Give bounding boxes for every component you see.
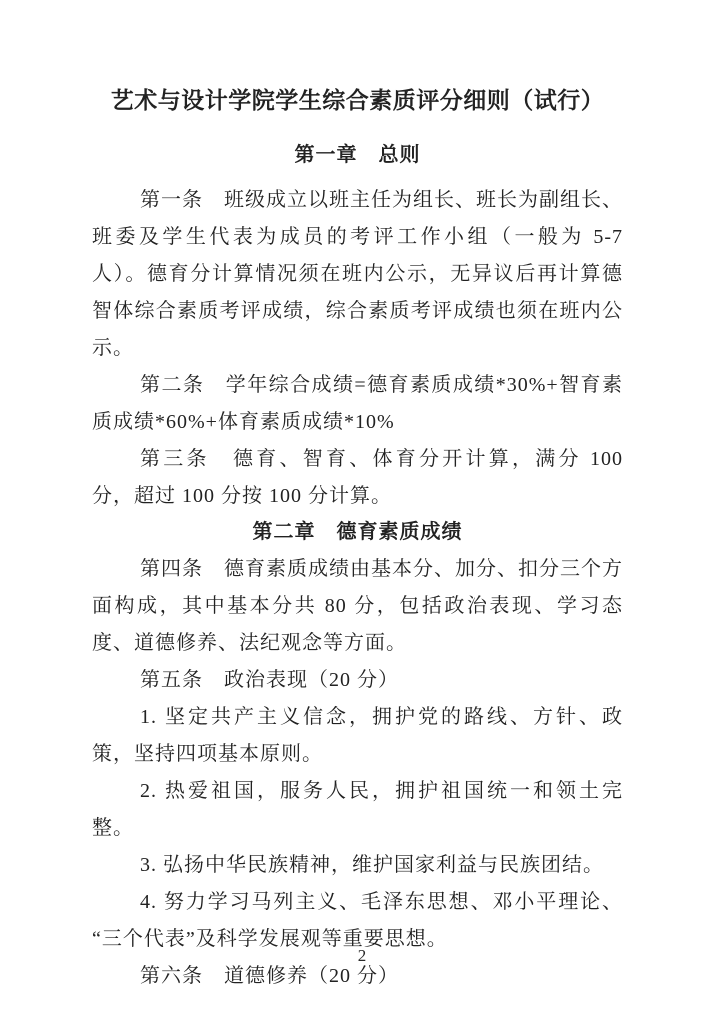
article-5-item-3: 3. 弘扬中华民族精神，维护国家利益与民族团结。 [92, 847, 623, 884]
article-2-paragraph: 第二条 学年综合成绩=德育素质成绩*30%+智育素质成绩*60%+体育素质成绩*… [92, 367, 623, 441]
article-5-item-1: 1. 坚定共产主义信念，拥护党的路线、方针、政策，坚持四项基本原则。 [92, 699, 623, 773]
article-3-paragraph: 第三条 德育、智育、体育分开计算，满分 100 分，超过 100 分按 100 … [92, 441, 623, 515]
article-5-paragraph: 第五条 政治表现（20 分） [92, 662, 623, 699]
article-1-paragraph: 第一条 班级成立以班主任为组长、班长为副组长、班委及学生代表为成员的考评工作小组… [92, 182, 623, 367]
document-title: 艺术与设计学院学生综合素质评分细则（试行） [92, 84, 623, 118]
article-5-item-2: 2. 热爱祖国，服务人民，拥护祖国统一和领土完整。 [92, 773, 623, 847]
page-number: 2 [0, 944, 724, 968]
chapter-1-heading: 第一章 总则 [92, 140, 623, 170]
chapter-2-heading: 第二章 德育素质成绩 [92, 517, 623, 547]
document-content: 艺术与设计学院学生综合素质评分细则（试行） 第一章 总则 第一条 班级成立以班主… [92, 84, 623, 995]
document-page: 艺术与设计学院学生综合素质评分细则（试行） 第一章 总则 第一条 班级成立以班主… [0, 0, 724, 1024]
article-4-paragraph: 第四条 德育素质成绩由基本分、加分、扣分三个方面构成，其中基本分共 80 分，包… [92, 551, 623, 662]
